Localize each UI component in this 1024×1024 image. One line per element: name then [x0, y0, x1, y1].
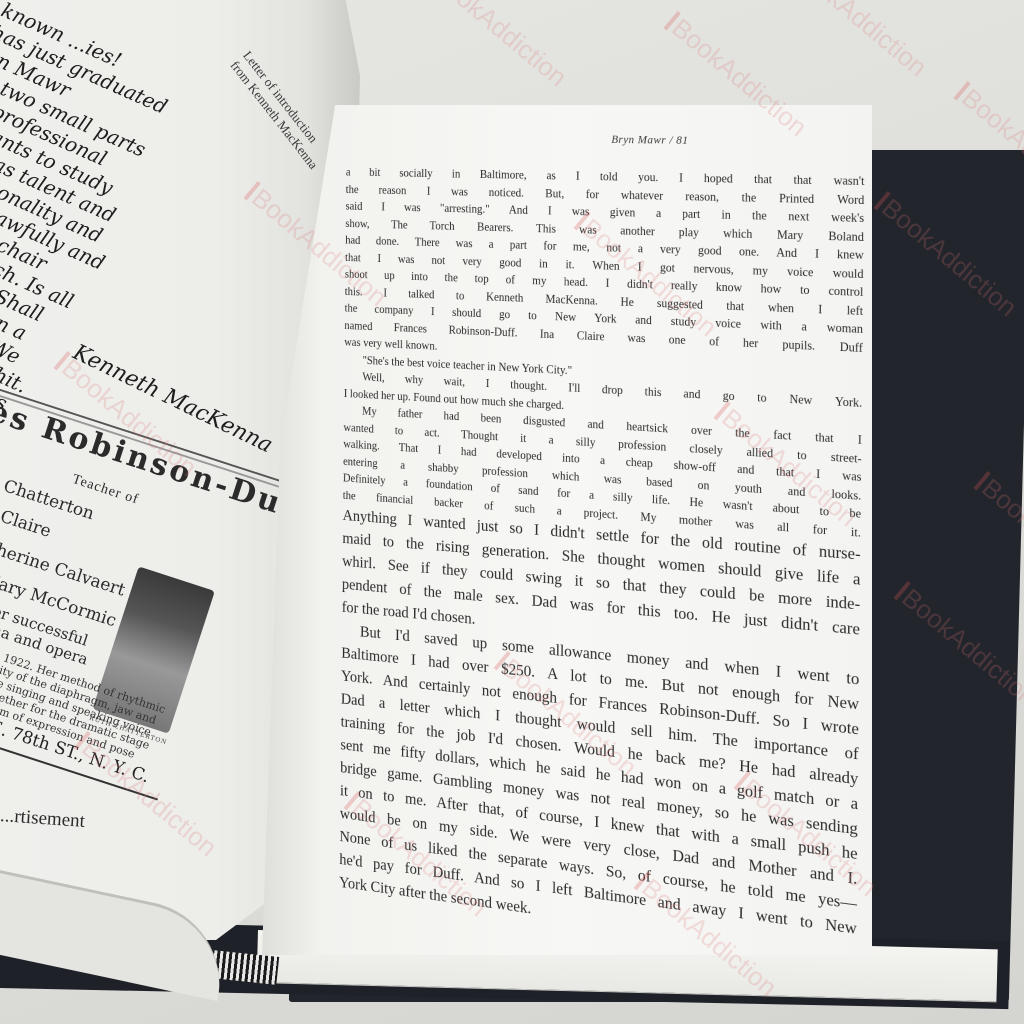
- watermark: BookAddiction: [420, 0, 573, 93]
- book-photo: ...known ...ies! ...has just graduated B…: [0, 0, 1024, 1024]
- watermark: BookAddiction: [780, 0, 933, 83]
- running-head: Bryn Mawr / 81: [448, 131, 865, 150]
- text-block-lower: Anything I wanted just so I didn't settl…: [339, 503, 861, 966]
- right-page-text: Bryn Mawr / 81 a bit socially in Baltimo…: [339, 130, 865, 966]
- text-block-upper: a bit socially in Baltimore, as I told y…: [343, 164, 865, 542]
